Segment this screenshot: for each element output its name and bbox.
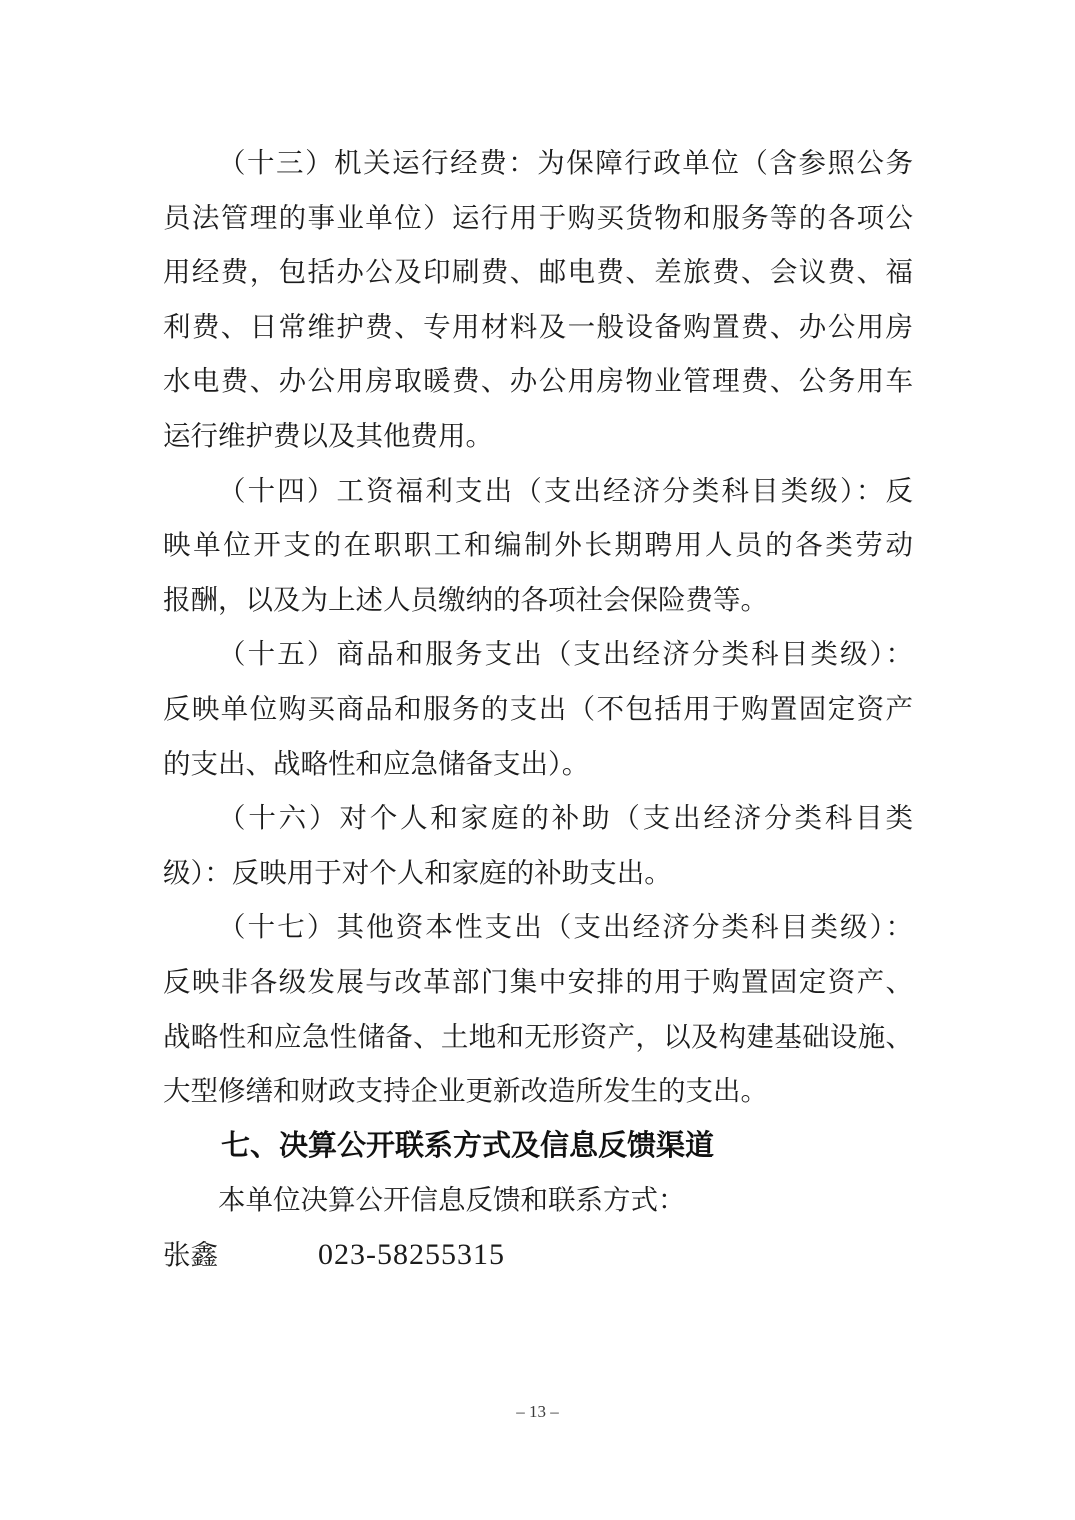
contact-intro: 本单位决算公开信息反馈和联系方式：: [163, 1173, 913, 1228]
text-line: 大型修缮和财政支持企业更新改造所发生的支出。: [163, 1064, 913, 1119]
text-line: （十七）其他资本性支出（支出经济分类科目类级）：: [163, 900, 913, 955]
text-line: （十三）机关运行经费：为保障行政单位（含参照公务: [163, 136, 913, 191]
contact-person-name: 张鑫: [163, 1239, 218, 1270]
text-line: 映单位开支的在职职工和编制外长期聘用人员的各类劳动: [163, 518, 913, 573]
document-page: （十三）机关运行经费：为保障行政单位（含参照公务员法管理的事业单位）运行用于购买…: [0, 0, 1075, 1520]
text-line: 水电费、办公用房取暖费、办公用房物业管理费、公务用车: [163, 354, 913, 409]
text-line: 反映非各级发展与改革部门集中安排的用于购置固定资产、: [163, 955, 913, 1010]
contact-phone-number: 023-58255315: [318, 1238, 505, 1271]
text-line: 战略性和应急性储备、土地和无形资产，以及构建基础设施、: [163, 1010, 913, 1065]
page-number: – 13 –: [0, 1402, 1075, 1422]
text-line: （十五）商品和服务支出（支出经济分类科目类级）：: [163, 627, 913, 682]
text-line: 运行维护费以及其他费用。: [163, 409, 913, 464]
paragraph-term-14: （十四）工资福利支出（支出经济分类科目类级）：反映单位开支的在职职工和编制外长期…: [163, 464, 913, 628]
text-line: 用经费，包括办公及印刷费、邮电费、差旅费、会议费、福: [163, 245, 913, 300]
paragraph-term-15: （十五）商品和服务支出（支出经济分类科目类级）：反映单位购买商品和服务的支出（不…: [163, 627, 913, 791]
text-line: 反映单位购买商品和服务的支出（不包括用于购置固定资产: [163, 682, 913, 737]
text-line: （十四）工资福利支出（支出经济分类科目类级）：反: [163, 464, 913, 519]
document-body: （十三）机关运行经费：为保障行政单位（含参照公务员法管理的事业单位）运行用于购买…: [163, 136, 913, 1282]
paragraph-container: （十三）机关运行经费：为保障行政单位（含参照公务员法管理的事业单位）运行用于购买…: [163, 136, 913, 1228]
paragraph-term-16: （十六）对个人和家庭的补助（支出经济分类科目类级）：反映用于对个人和家庭的补助支…: [163, 791, 913, 900]
paragraph-term-17: （十七）其他资本性支出（支出经济分类科目类级）：反映非各级发展与改革部门集中安排…: [163, 900, 913, 1118]
text-line: 利费、日常维护费、专用材料及一般设备购置费、办公用房: [163, 300, 913, 355]
paragraph-term-13: （十三）机关运行经费：为保障行政单位（含参照公务员法管理的事业单位）运行用于购买…: [163, 136, 913, 464]
text-line: 级）：反映用于对个人和家庭的补助支出。: [163, 846, 913, 901]
section-heading-seven: 七、决算公开联系方式及信息反馈渠道: [163, 1119, 913, 1174]
text-line: 报酬，以及为上述人员缴纳的各项社会保险费等。: [163, 573, 913, 628]
text-line: 员法管理的事业单位）运行用于购买货物和服务等的各项公: [163, 191, 913, 246]
contact-row: 张鑫023-58255315: [163, 1228, 913, 1283]
text-line: 的支出、战略性和应急储备支出）。: [163, 737, 913, 792]
text-line: 七、决算公开联系方式及信息反馈渠道: [163, 1119, 913, 1174]
text-line: 本单位决算公开信息反馈和联系方式：: [163, 1173, 913, 1228]
text-line: （十六）对个人和家庭的补助（支出经济分类科目类: [163, 791, 913, 846]
